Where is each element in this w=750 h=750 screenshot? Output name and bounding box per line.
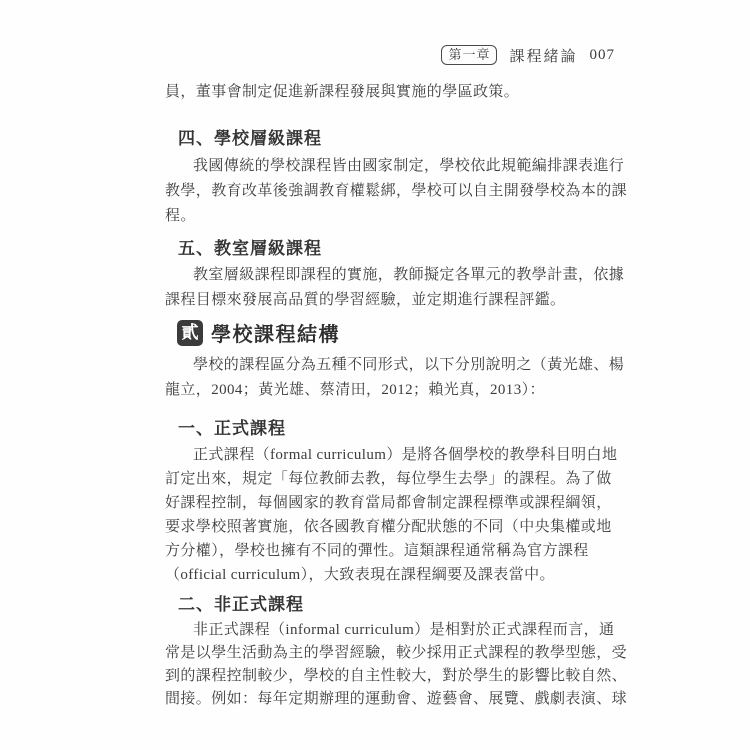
subsection-heading-informal: 二、非正式課程 xyxy=(165,594,615,616)
text-line: 常是以學生活動為主的學習經驗，較少採用正式課程的教學型態，受 xyxy=(165,642,615,665)
chapter-title: 課程緒論 xyxy=(509,45,577,66)
text-line: 我國傳統的學校課程皆由國家制定，學校依此規範編排課表進行 xyxy=(165,154,615,179)
part-heading: 貳 學校課程結構 xyxy=(165,319,615,346)
subsection-paragraph: 正式課程（formal curriculum）是將各個學校的教學科目明白地 訂定… xyxy=(165,443,615,587)
part-paragraph: 學校的課程區分為五種不同形式，以下分別說明之（黃光雄、楊 龍立，2004；黃光雄… xyxy=(165,353,615,403)
text-line: （official curriculum），大致表現在課程綱要及課表當中。 xyxy=(165,563,615,587)
text-line: 正式課程（formal curriculum）是將各個學校的教學科目明白地 xyxy=(165,443,615,467)
text-line: 課程目標來發展高品質的學習經驗，並定期進行課程評鑑。 xyxy=(165,288,615,313)
text-line: 教室層級課程即課程的實施，教師擬定各單元的教學計畫，依據 xyxy=(165,263,615,288)
section-heading-school-level: 四、學校層級課程 xyxy=(165,128,615,150)
subsection-paragraph: 非正式課程（informal curriculum）是相對於正式課程而言，通 常… xyxy=(165,619,615,711)
text-line: 間接。例如：每年定期辦理的運動會、遊藝會、展覽、戲劇表演、球 xyxy=(165,688,615,711)
text-line: 到的課程控制較少，學校的自主性較大，對於學生的影響比較自然、 xyxy=(165,665,615,688)
page-number: 007 xyxy=(590,47,616,64)
intro-paragraph: 員，董事會制定促進新課程發展與實施的學區政策。 xyxy=(165,80,615,105)
page-header: 第一章 課程緒論 007 xyxy=(165,45,615,65)
section-paragraph: 教室層級課程即課程的實施，教師擬定各單元的教學計畫，依據 課程目標來發展高品質的… xyxy=(165,263,615,313)
chapter-badge: 第一章 xyxy=(441,45,497,65)
text-line: 方分權），學校也擁有不同的彈性。這類課程通常稱為官方課程 xyxy=(165,539,615,563)
page-content: 第一章 課程緒論 007 員，董事會制定促進新課程發展與實施的學區政策。 四、學… xyxy=(165,45,615,711)
text-line: 教學，教育改革後強調教育權鬆綁，學校可以自主開發學校為本的課 xyxy=(165,179,615,204)
text-line: 非正式課程（informal curriculum）是相對於正式課程而言，通 xyxy=(165,619,615,642)
text-line: 要求學校照著實施，依各國教育權分配狀態的不同（中央集權或地 xyxy=(165,515,615,539)
text-line: 好課程控制，每個國家的教育當局都會制定課程標準或課程綱領， xyxy=(165,491,615,515)
text-line: 員，董事會制定促進新課程發展與實施的學區政策。 xyxy=(165,80,615,105)
part-number-badge: 貳 xyxy=(177,320,203,346)
subsection-heading-formal: 一、正式課程 xyxy=(165,418,615,440)
section-paragraph: 我國傳統的學校課程皆由國家制定，學校依此規範編排課表進行 教學，教育改革後強調教… xyxy=(165,154,615,229)
text-line: 學校的課程區分為五種不同形式，以下分別說明之（黃光雄、楊 xyxy=(165,353,615,378)
part-title: 學校課程結構 xyxy=(211,318,340,347)
text-line: 訂定出來，規定「每位教師去教，每位學生去學」的課程。為了做 xyxy=(165,467,615,491)
text-line: 龍立，2004；黃光雄、蔡清田，2012；賴光真，2013）： xyxy=(165,378,615,403)
text-line: 程。 xyxy=(165,204,615,229)
book-page: 第一章 課程緒論 007 員，董事會制定促進新課程發展與實施的學區政策。 四、學… xyxy=(0,0,750,750)
section-heading-classroom-level: 五、教室層級課程 xyxy=(165,238,615,260)
